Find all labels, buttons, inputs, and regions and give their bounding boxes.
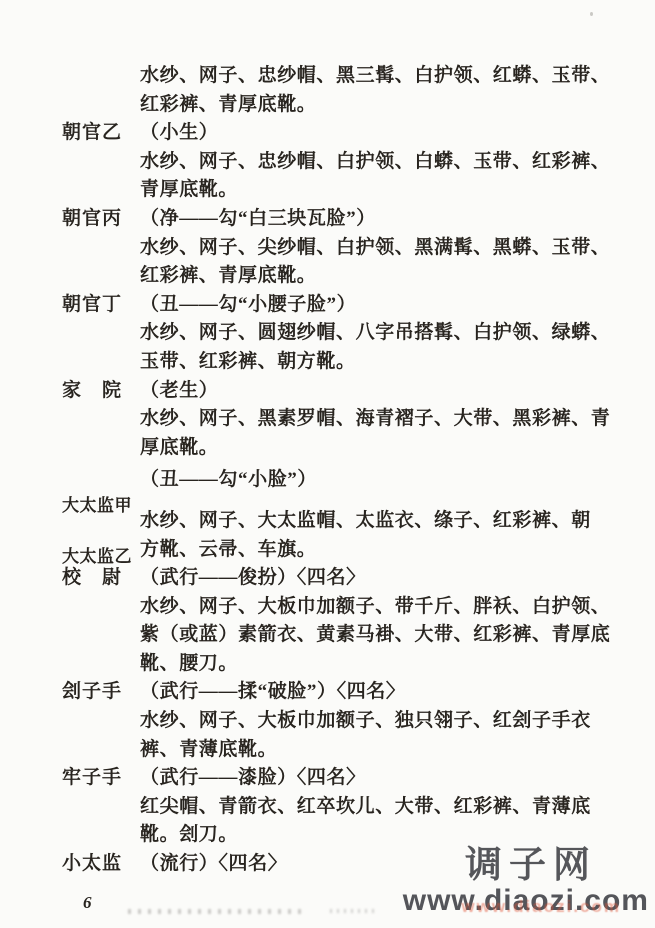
costume-entry: 校 尉 （武行——俊扮）〈四名〉 水纱、网子、大板巾加额子、带千斤、胖袄、白护领…	[0, 564, 655, 678]
scanned-book-page: 水纱、网子、忠纱帽、黑三髯、白护领、红蟒、玉带、 红彩裤、青厚底靴。 朝官乙 （…	[0, 0, 655, 928]
costume-line: 靴。刽刀。	[140, 821, 600, 850]
costume-line: 水纱、网子、圆翅纱帽、八字吊搭髯、白护领、绿蟒、	[140, 319, 600, 348]
role-name: 朝官丙	[62, 205, 122, 234]
costume-line: 青厚底靴。	[140, 176, 600, 205]
role-name: 小太监	[62, 850, 122, 879]
role-description: （武行——揉“破脸”）〈四名〉	[140, 678, 600, 707]
costume-entry: 小太监 （流行）〈四名〉	[0, 850, 655, 879]
costume-line: 裤、青薄底靴。	[140, 736, 600, 765]
costume-line: 红彩裤、青厚底靴。	[140, 91, 600, 120]
role-description: （武行——俊扮）〈四名〉	[140, 564, 600, 593]
costume-line: 红尖帽、青箭衣、红卒坎儿、大带、红彩裤、青薄底	[140, 793, 600, 822]
scan-speck	[590, 12, 593, 16]
role-description: （丑——勾“小脸”）	[140, 462, 600, 495]
role-name: 大太监乙	[62, 548, 132, 565]
costume-line: 紫（或蓝）素箭衣、黄素马褂、大带、红彩裤、青厚底	[140, 621, 600, 650]
role-name: 校 尉	[62, 564, 122, 593]
role-description: （老生）	[140, 377, 600, 406]
bleed-through-marks	[330, 909, 375, 913]
costume-line: 水纱、网子、大板巾加额子、带千斤、胖袄、白护领、	[140, 593, 600, 622]
role-description: （净——勾“白三块瓦脸”）	[140, 205, 600, 234]
costume-line: 玉带、红彩裤、朝方靴。	[140, 348, 600, 377]
role-description: （丑——勾“小腰子脸”）	[140, 291, 600, 320]
costume-line: 水纱、网子、忠纱帽、黑三髯、白护领、红蟒、玉带、	[140, 62, 600, 91]
role-name: 朝官丁	[62, 291, 122, 320]
costume-entry: 大太监甲 大太监乙 （丑——勾“小脸”） 水纱、网子、大太监帽、太监衣、绦子、红…	[0, 462, 655, 564]
costume-line: 水纱、网子、大板巾加额子、独只翎子、红刽子手衣	[140, 707, 600, 736]
costume-entry: 牢子手 （武行——漆脸）〈四名〉 红尖帽、青箭衣、红卒坎儿、大带、红彩裤、青薄底…	[0, 764, 655, 850]
role-description: （流行）〈四名〉	[140, 850, 600, 879]
costume-line: 靴、腰刀。	[140, 650, 600, 679]
bleed-through-marks	[128, 909, 308, 914]
costume-entry: 朝官丁 （丑——勾“小腰子脸”） 水纱、网子、圆翅纱帽、八字吊搭髯、白护领、绿蟒…	[0, 291, 655, 377]
costume-line: 水纱、网子、忠纱帽、白护领、白蟒、玉带、红彩裤、	[140, 148, 600, 177]
role-name: 刽子手	[62, 678, 122, 707]
costume-line: 水纱、网子、大太监帽、太监衣、绦子、红彩裤、朝	[140, 507, 600, 536]
costume-entry: 水纱、网子、忠纱帽、黑三髯、白护领、红蟒、玉带、 红彩裤、青厚底靴。	[0, 62, 655, 119]
role-description: （小生）	[140, 119, 600, 148]
role-name: 牢子手	[62, 764, 122, 793]
scan-speck	[204, 66, 207, 69]
role-name: 朝官乙	[62, 119, 122, 148]
costume-line: 红彩裤、青厚底靴。	[140, 262, 600, 291]
costume-list: 水纱、网子、忠纱帽、黑三髯、白护领、红蟒、玉带、 红彩裤、青厚底靴。 朝官乙 （…	[0, 0, 655, 913]
costume-line: 水纱、网子、黑素罗帽、海青褶子、大带、黑彩裤、青	[140, 405, 600, 434]
costume-entry: 刽子手 （武行——揉“破脸”）〈四名〉 水纱、网子、大板巾加额子、独只翎子、红刽…	[0, 678, 655, 764]
costume-line: 方靴、云帚、车旗。	[140, 536, 600, 565]
role-name: 大太监甲	[62, 497, 132, 514]
costume-entry: 朝官乙 （小生） 水纱、网子、忠纱帽、白护领、白蟒、玉带、红彩裤、 青厚底靴。	[0, 119, 655, 205]
costume-entry: 朝官丙 （净——勾“白三块瓦脸”） 水纱、网子、尖纱帽、白护领、黑满髯、黑蟒、玉…	[0, 205, 655, 291]
costume-line: 水纱、网子、尖纱帽、白护领、黑满髯、黑蟒、玉带、	[140, 234, 600, 263]
role-description: （武行——漆脸）〈四名〉	[140, 764, 600, 793]
role-name: 家 院	[62, 377, 122, 406]
costume-line: 厚底靴。	[140, 434, 600, 463]
costume-entry: 家 院 （老生） 水纱、网子、黑素罗帽、海青褶子、大带、黑彩裤、青 厚底靴。	[0, 377, 655, 463]
